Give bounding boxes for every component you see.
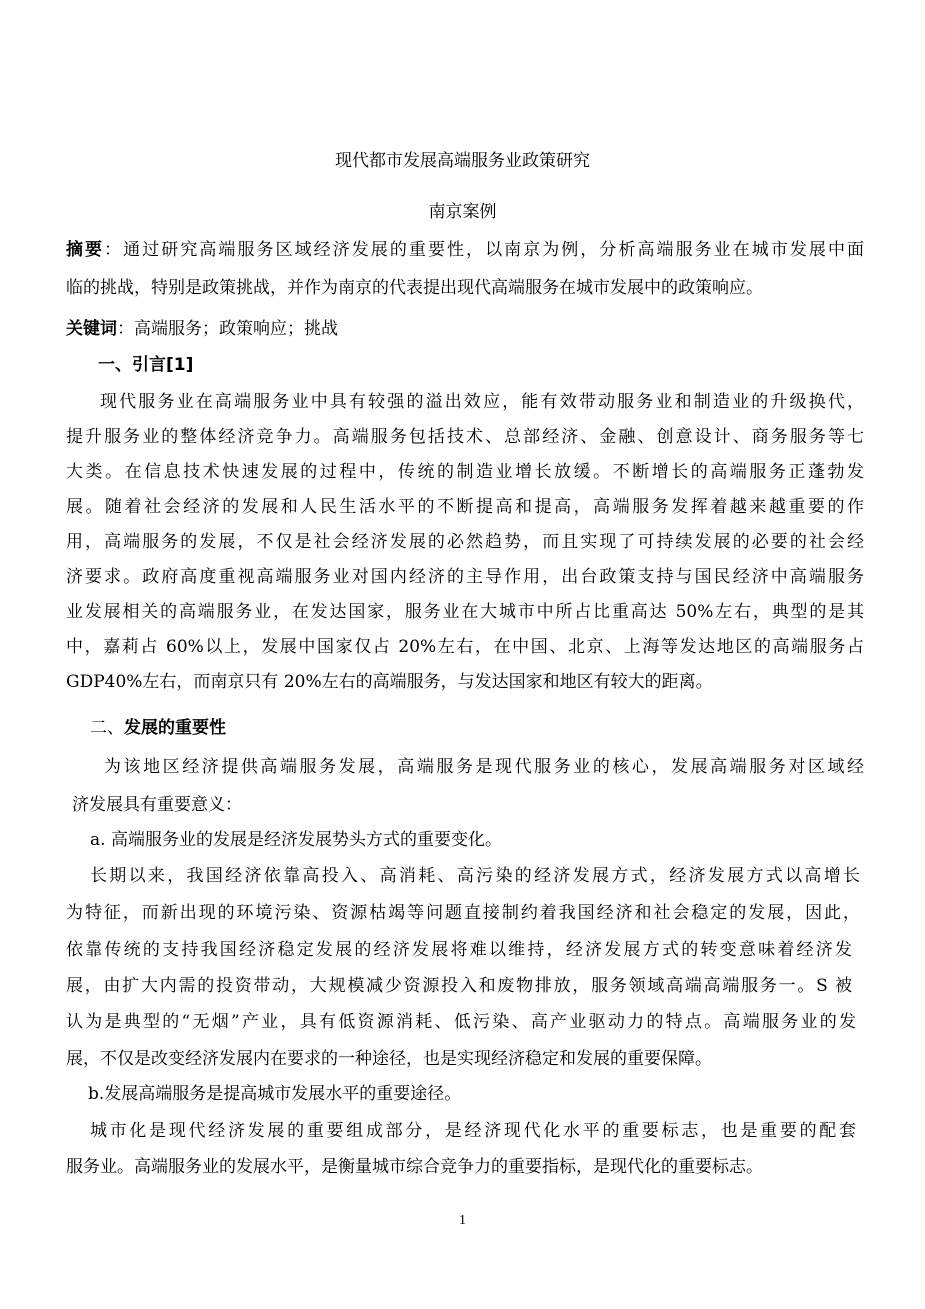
- paragraph-line: 城市化是现代经济发展的重要组成部分，是经济现代化水平的重要标志，也是重要的配套: [90, 1121, 856, 1141]
- paragraph-line: 依靠传统的支持我国经济稳定发展的经济发展将难以维持，经济发展方式的转变意味着经济…: [66, 940, 852, 960]
- paragraph-line: 为该地区经济提供高端服务发展，高端服务是现代服务业的核心，发展高端服务对区域经: [104, 757, 864, 777]
- abstract-line: 摘要：通过研究高端服务区域经济发展的重要性，以南京为例，分析高端服务业在城市发展…: [66, 240, 864, 260]
- paragraph-line: 济发展具有重要意义：: [72, 795, 870, 815]
- keywords-label: 关键词: [66, 319, 117, 339]
- paragraph-line: 展，由扩大内需的投资带动，大规模减少资源投入和废物排放，服务领域高端高端服务一。…: [66, 976, 852, 996]
- paragraph-line: 服务业。高端服务业的发展水平，是衡量城市综合竞争力的重要指标，是现代化的重要标志…: [66, 1157, 864, 1177]
- paragraph-line: 中，嘉莉占 60%以上，发展中国家仅占 20%左右，在中国、北京、上海等发达地区…: [66, 637, 864, 657]
- paragraph-line: 提升服务业的整体经济竞争力。高端服务包括技术、总部经济、金融、创意设计、商务服务…: [66, 427, 864, 447]
- paragraph-line: 展，不仅是改变经济发展内在要求的一种途径，也是实现经济稳定和发展的重要保障。: [66, 1049, 864, 1069]
- paragraph-line: GDP40%左右，而南京只有 20%左右的高端服务，与发达国家和地区有较大的距离…: [66, 672, 864, 692]
- paragraph-line: 济要求。政府高度重视高端服务业对国内经济的主导作用，出台政策支持与国民经济中高端…: [66, 567, 864, 587]
- point-b-title: b.发展高端服务是提高城市发展水平的重要途径。: [88, 1084, 461, 1104]
- paragraph-line: 展。随着社会经济的发展和人民生活水平的不断提高和提高，高端服务发挥着越来越重要的…: [66, 497, 864, 517]
- abstract-label: 摘要: [66, 240, 104, 260]
- point-a-title: a. 高端服务业的发展是经济发展势头方式的重要变化。: [90, 830, 502, 850]
- paragraph-line: 为特征，而新出现的环境污染、资源枯竭等问题直接制约着我国经济和社会稳定的发展，因…: [66, 903, 860, 923]
- paragraph-line: 大类。在信息技术快速发展的过程中，传统的制造业增长放缓。不断增长的高端服务正蓬勃…: [66, 462, 864, 482]
- section-heading-importance: 二、发展的重要性: [90, 718, 226, 738]
- page-number: 1: [0, 1213, 925, 1229]
- paragraph-line: 业发展相关的高端服务业，在发达国家，服务业在大城市中所占比重高达 50%左右，典…: [66, 602, 864, 622]
- paragraph-line: 用，高端服务的发展，不仅是社会经济发展的必然趋势，而且实现了可持续发展的必要的社…: [66, 532, 864, 552]
- document-subtitle: 南京案例: [0, 197, 925, 222]
- section-heading-intro: 一、引言[1]: [98, 355, 193, 375]
- paragraph-line: 长期以来，我国经济依靠高投入、高消耗、高污染的经济发展方式，经济发展方式以高增长: [90, 866, 860, 886]
- paragraph-line: 现代服务业在高端服务业中具有较强的溢出效应，能有效带动服务业和制造业的升级换代，: [100, 392, 864, 412]
- keywords-line: 关键词：高端服务；政策响应；挑战: [66, 319, 864, 339]
- document-title: 现代都市发展高端服务业政策研究: [0, 146, 925, 171]
- keywords-text: 高端服务；政策响应；挑战: [134, 319, 338, 339]
- abstract-line: 临的挑战，特别是政策挑战，并作为南京的代表提出现代高端服务在城市发展中的政策响应…: [66, 278, 864, 298]
- document-page: 现代都市发展高端服务业政策研究 南京案例 摘要：通过研究高端服务区域经济发展的重…: [0, 0, 925, 1309]
- paragraph-line: 认为是典型的“无烟”产业，具有低资源消耗、低污染、高产业驱动力的特点。高端服务业…: [66, 1012, 856, 1032]
